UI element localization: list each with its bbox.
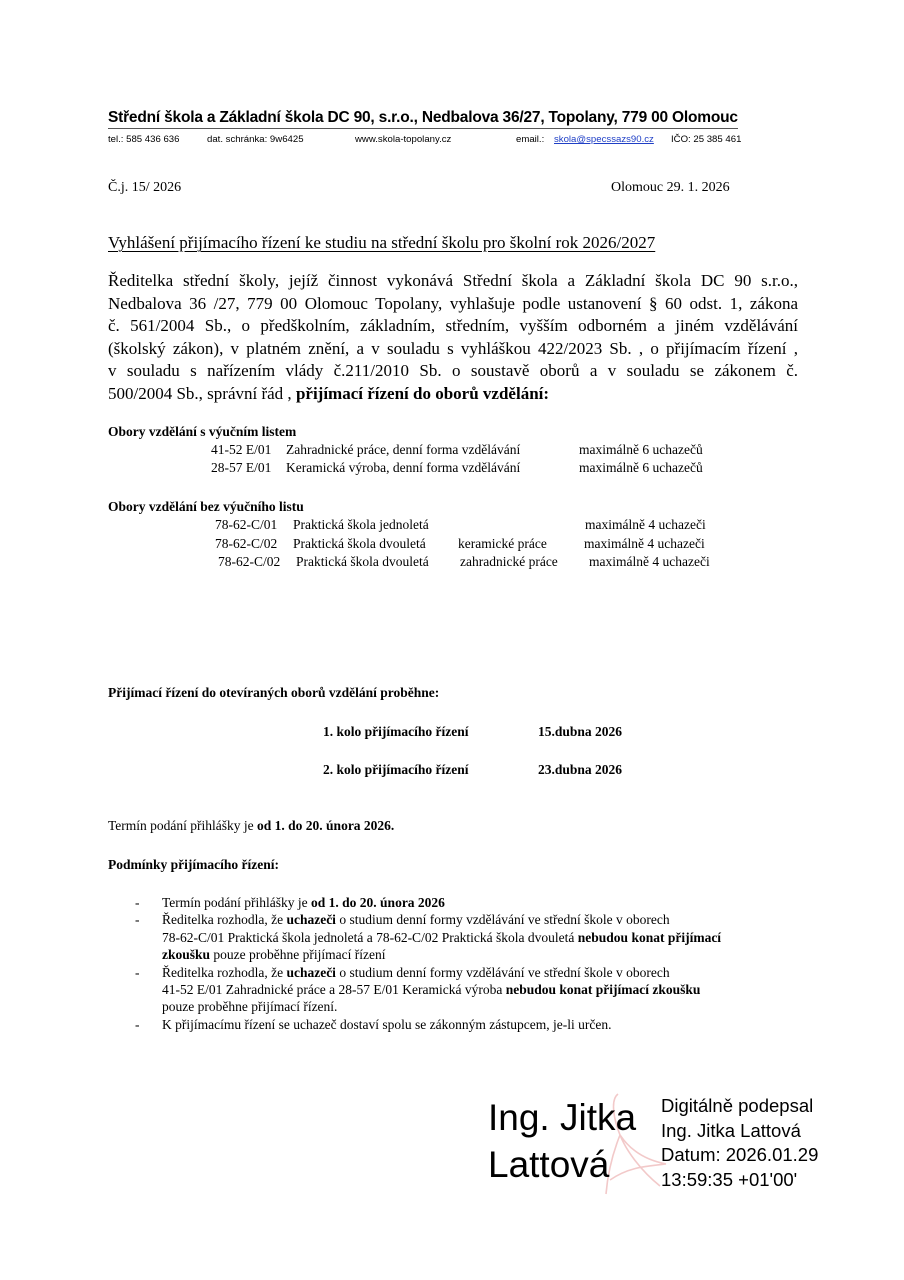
intro-text: 500/2004 Sb., správní řád , [108,384,296,403]
round-label: 2. kolo přijímacího řízení [323,762,469,778]
field-name: Zahradnické práce, denní forma vzděláván… [286,442,520,458]
conditions-list: - Termín podání přihlášky je od 1. do 20… [108,894,808,1033]
condition-item: - Ředitelka rozhodla, že uchazeči o stud… [108,911,808,963]
field-code: 78-62-C/01 [215,517,277,533]
field-capacity: maximálně 4 uchazeči [584,536,705,552]
field-specialization: keramické práce [458,536,547,552]
condition-bold: nebudou konat přijímací zkoušku [506,982,701,997]
condition-item: - Ředitelka rozhodla, že uchazeči o stud… [108,964,808,1016]
round-date: 23.dubna 2026 [538,762,622,778]
signer-name-line: Lattová [488,1141,658,1188]
data-box: dat. schránka: 9w6425 [207,133,304,147]
intro-line: č. 561/2004 Sb., o předškolním, základní… [108,315,798,338]
conditions-title: Podmínky přijímacího řízení: [108,857,279,873]
signature-detail-line: Datum: 2026.01.29 [661,1143,818,1168]
field-name: Praktická škola dvouletá [293,536,426,552]
signature-details: Digitálně podepsal Ing. Jitka Lattová Da… [661,1094,818,1192]
intro-line: Nedbalova 36 /27, 779 00 Olomouc Topolan… [108,293,798,316]
intro-paragraph: Ředitelka střední školy, jejíž činnost v… [108,270,798,406]
dash-bullet: - [135,1016,140,1033]
signer-name-line: Ing. Jitka [488,1094,658,1141]
dash-bullet: - [135,964,140,981]
condition-text: 78-62-C/01 Praktická škola jednoletá a 7… [162,930,578,945]
field-name: Keramická výroba, denní forma vzdělávání [286,460,520,476]
field-specialization: zahradnické práce [460,554,558,570]
condition-bold: uchazeči [286,965,336,980]
field-name: Praktická škola dvouletá [296,554,429,570]
letterhead-contacts: tel.: 585 436 636 dat. schránka: 9w6425 … [108,133,808,147]
deadline-text: Termín podání přihlášky je [108,818,257,833]
condition-text: Ředitelka rozhodla, že [162,965,286,980]
section-title-with-certificate: Obory vzdělání s výučním listem [108,424,296,440]
field-capacity: maximálně 6 uchazečů [579,442,703,458]
signer-name: Ing. Jitka Lattová [488,1094,658,1188]
email-link[interactable]: skola@specssazs90.cz [554,133,654,147]
field-capacity: maximálně 6 uchazečů [579,460,703,476]
condition-bold: nebudou konat přijímací [578,930,721,945]
intro-line: Ředitelka střední školy, jejíž činnost v… [108,270,798,293]
condition-bold: uchazeči [286,912,336,927]
condition-text: Termín podání přihlášky je [162,895,311,910]
round-date: 15.dubna 2026 [538,724,622,740]
field-code: 41-52 E/01 [211,442,271,458]
field-capacity: maximálně 4 uchazeči [589,554,710,570]
condition-text: o studium denní formy vzdělávání ve stře… [336,965,670,980]
condition-text: pouze proběhne přijímací řízení. [162,999,337,1014]
admission-title: Přijímací řízení do otevíraných oborů vz… [108,685,439,701]
dash-bullet: - [135,894,140,911]
section-title-without-certificate: Obory vzdělání bez výučního listu [108,499,304,515]
signature-detail-line: Digitálně podepsal [661,1094,818,1119]
dash-bullet: - [135,911,140,928]
field-name: Praktická škola jednoletá [293,517,429,533]
email-label: email.: [516,133,544,147]
intro-line: 500/2004 Sb., správní řád , přijímací ří… [108,383,798,406]
condition-item: - Termín podání přihlášky je od 1. do 20… [108,894,808,911]
application-deadline: Termín podání přihlášky je od 1. do 20. … [108,818,394,834]
intro-line: (školský zákon), v platném znění, a v so… [108,338,798,361]
condition-bold: od 1. do 20. února 2026 [311,895,445,910]
condition-bold: zkoušku [162,947,210,962]
condition-text: Ředitelka rozhodla, že [162,912,286,927]
reference-number: Č.j. 15/ 2026 [108,180,181,196]
round-label: 1. kolo přijímacího řízení [323,724,469,740]
condition-text: K přijímacímu řízení se uchazeč dostaví … [162,1017,611,1032]
company-id: IČO: 25 385 461 [671,133,741,147]
field-code: 28-57 E/01 [211,460,271,476]
place-date: Olomouc 29. 1. 2026 [611,180,730,196]
signature-detail-line: 13:59:35 +01'00' [661,1168,818,1193]
field-code: 78-62-C/02 [218,554,280,570]
letterhead-title: Střední škola a Základní škola DC 90, s.… [108,108,738,129]
signature-detail-line: Ing. Jitka Lattová [661,1119,818,1144]
phone: tel.: 585 436 636 [108,133,179,147]
intro-bold: přijímací řízení do oborů vzdělání: [296,384,549,403]
intro-line: v souladu s nařízením vlády č.211/2010 S… [108,360,798,383]
document-heading: Vyhlášení přijímacího řízení ke studiu n… [108,233,655,253]
deadline-dates: od 1. do 20. února 2026. [257,818,394,833]
condition-text: o studium denní formy vzdělávání ve stře… [336,912,670,927]
condition-text: pouze proběhne přijímací řízení [210,947,385,962]
field-capacity: maximálně 4 uchazeči [585,517,706,533]
website: www.skola-topolany.cz [355,133,451,147]
condition-item: - K přijímacímu řízení se uchazeč dostav… [108,1016,808,1033]
field-code: 78-62-C/02 [215,536,277,552]
condition-text: 41-52 E/01 Zahradnické práce a 28-57 E/0… [162,982,506,997]
